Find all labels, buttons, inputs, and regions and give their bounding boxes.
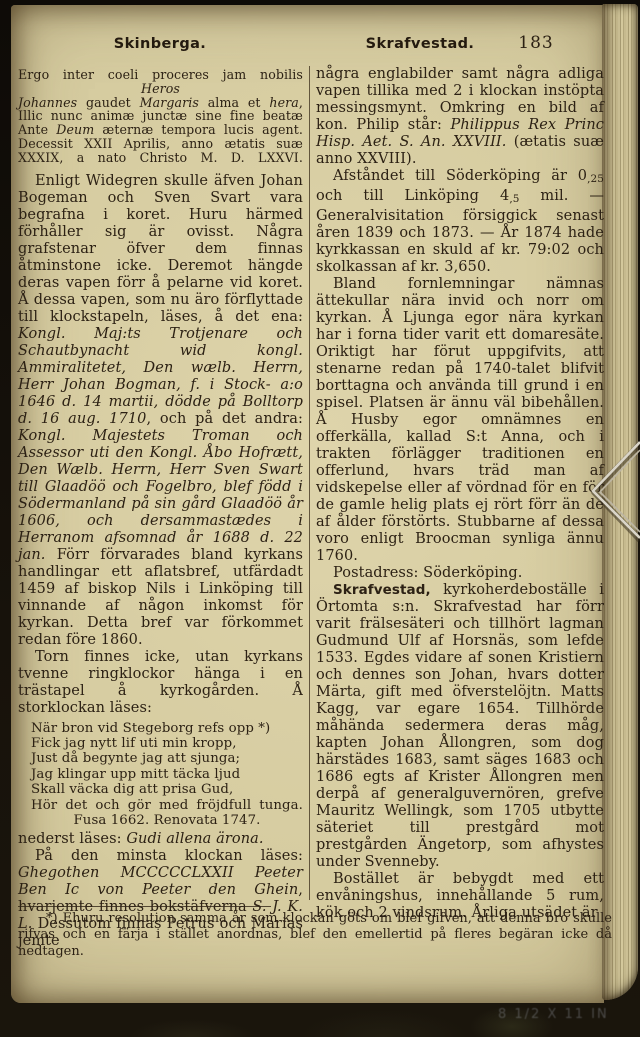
footnote: *) Ehuru resolution samma år som klockan… [18, 911, 612, 960]
text-run: Heros [141, 81, 180, 96]
verse-block: När bron vid Stegeborg refs opp *)Fick j… [18, 721, 303, 829]
text-run: Margaris [140, 95, 199, 110]
running-header-left: Skinberga. [18, 36, 302, 56]
text-run: Bland fornlemningar nämnas ättekullar nä… [316, 276, 604, 564]
right-text-column: några englabilder samt några adliga vape… [316, 66, 604, 922]
text-run: Johannes [18, 95, 77, 110]
running-header-right: Skrafvestad. [316, 36, 524, 56]
page-number: 183 [505, 33, 567, 53]
text-run: Enligt Widegren skulle äfven Johan Bogem… [18, 173, 303, 325]
column-divider-rule [309, 66, 310, 900]
text-run: , och på det andra: [146, 411, 303, 427]
text-run: *) Ehuru resolution samma år som klockan… [18, 911, 612, 959]
text-run: Skrafvestad, [333, 582, 431, 598]
text-run: Postadress: Söderköping. [333, 565, 523, 581]
text-run: alma et [199, 95, 269, 110]
text-run: hera [269, 95, 299, 110]
paragraph: Torn finnes icke, utan kyrkans tvenne ri… [18, 649, 303, 717]
verse-block: Ergo inter coeli proceres jam nobilisHer… [18, 68, 303, 165]
text-run: Deum [56, 122, 94, 137]
text-run: gaudet [77, 95, 139, 110]
verse-line: Hör det och gör med fröjdfull tunga. [31, 798, 303, 813]
text-run: Kongl. Majestets Troman och Assessor uti… [18, 428, 303, 563]
paragraph: nederst läses: Gudi allena ärona. [18, 831, 303, 848]
text-run: ,5 [509, 193, 519, 205]
paragraph: Skrafvestad, kyrkoherdeboställe i Örtomt… [316, 582, 604, 871]
scanner-watermark-text: 8 1/2 X 11 IN [498, 1007, 609, 1022]
text-run: Just då begynte jag att sjunga; [31, 751, 240, 766]
verse-line: När bron vid Stegeborg refs opp *) [31, 721, 303, 736]
text-run: , [299, 95, 303, 110]
text-run: Gudi allena ärona. [126, 831, 263, 847]
paragraph: Afståndet till Söderköping är 0,25 och t… [316, 168, 604, 276]
text-run: Jag klingar upp mitt täcka ljud [31, 767, 240, 782]
verse-line: Fick jag nytt lif uti min kropp, [31, 736, 303, 751]
text-run: ,25 [587, 173, 604, 185]
text-run: Skall väcka dig att prisa Gud, [31, 782, 233, 797]
paragraph: Enligt Widegren skulle äfven Johan Bogem… [18, 173, 303, 649]
text-run: När bron vid Stegeborg refs opp *) [31, 721, 270, 736]
text-run: XXXIX, a nato Christo M. D. LXXVI. [18, 150, 303, 165]
verse-line: Just då begynte jag att sjunga; [31, 751, 303, 766]
verse-line: Fusa 1662. Renovata 1747. [31, 813, 303, 828]
verse-line: Decessit XXII Aprilis, anno ætatis suæ [18, 137, 303, 151]
text-run: Torn finnes icke, utan kyrkans tvenne ri… [18, 649, 303, 716]
text-run: Ergo inter coeli proceres jam nobilis [18, 67, 303, 82]
text-run: Afståndet till Söderköping är 0 [333, 168, 587, 184]
verse-line: Jag klingar upp mitt täcka ljud [31, 767, 303, 782]
verse-line: Skall väcka dig att prisa Gud, [31, 782, 303, 797]
verse-line: XXXIX, a nato Christo M. D. LXXVI. [18, 151, 303, 165]
footnote-rule [18, 906, 271, 907]
verse-line: Ante Deum æternæ tempora lucis agent. [18, 123, 303, 137]
text-run: Ghegothen MCCCCCLXXII Peeter Ben Ic von … [18, 865, 303, 898]
text-run: och till Linköping 4 [316, 188, 509, 204]
text-run: Fick jag nytt lif uti min kropp, [31, 736, 237, 751]
text-run: kyrkoherdeboställe i Örtomta s:n. Skrafv… [316, 582, 604, 870]
paragraph: några englabilder samt några adliga vape… [316, 66, 604, 168]
verse-line: Ergo inter coeli proceres jam nobilis [18, 68, 303, 82]
paragraph: Bland fornlemningar nämnas ättekullar nä… [316, 276, 604, 565]
left-text-column: Ergo inter coeli proceres jam nobilisHer… [18, 66, 303, 950]
scanned-book-photo: { "header": { "left_title": "Skinberga."… [0, 0, 640, 1037]
verse-line: Illic nunc animæ junctæ sine fine beatæ [18, 109, 303, 123]
text-run: Förr förvarades bland kyrkans handlingar… [18, 547, 303, 648]
paragraph: *) Ehuru resolution samma år som klockan… [18, 911, 612, 960]
text-run: Ante [18, 122, 56, 137]
book-holder-wire-icon [584, 436, 640, 552]
verse-line: Heros [18, 82, 303, 96]
text-run: Decessit XXII Aprilis, anno ætatis suæ [18, 136, 303, 151]
paragraph: Postadress: Söderköping. [316, 565, 604, 582]
text-run: Fusa 1662. Renovata 1747. [73, 813, 260, 828]
text-run: Hör det och gör med fröjdfull tunga. [31, 798, 303, 813]
verse-line: Johannes gaudet Margaris alma et hera, [18, 96, 303, 110]
text-run: På den minsta klockan läses: [35, 848, 303, 864]
text-run: Illic nunc animæ junctæ sine fine beatæ [18, 108, 303, 123]
text-run: æternæ tempora lucis agent. [94, 122, 303, 137]
text-run: nederst läses: [18, 831, 126, 847]
